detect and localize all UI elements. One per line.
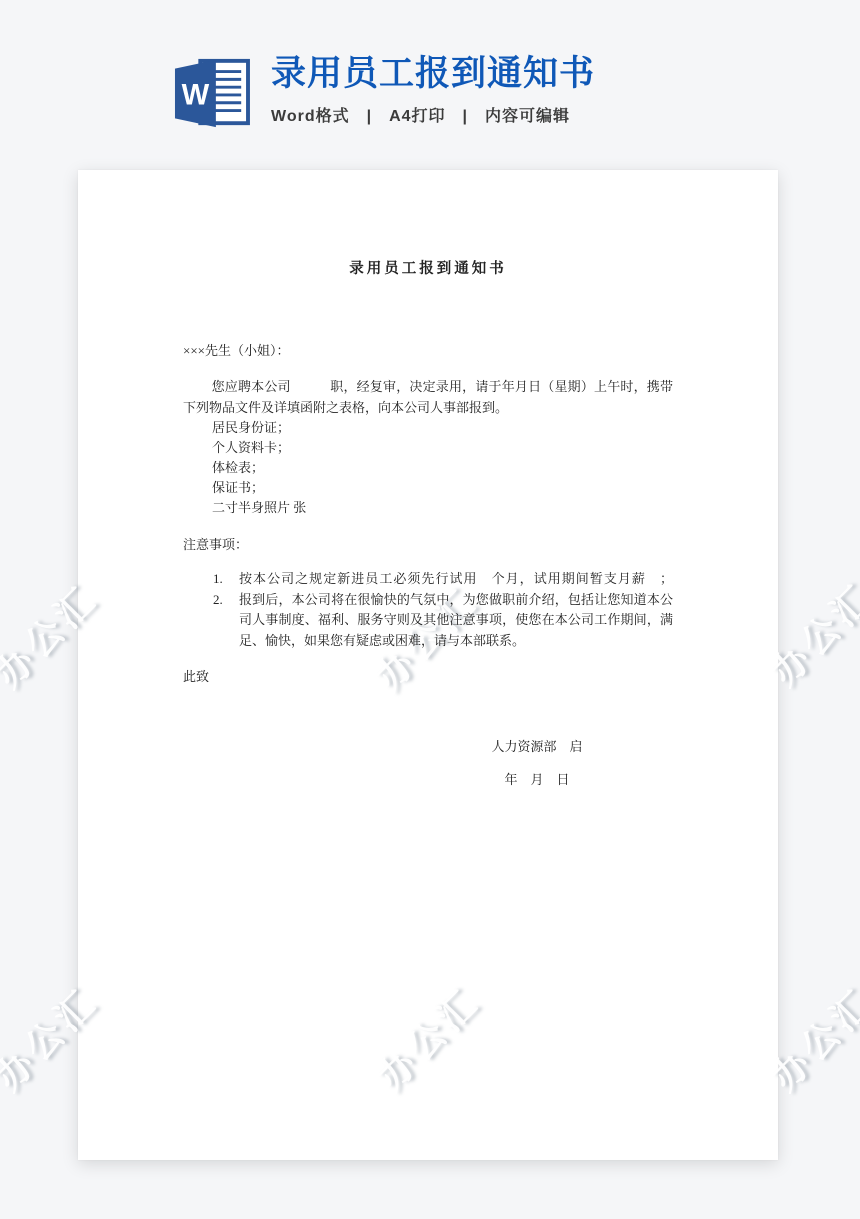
checklist: 居民身份证； 个人资料卡； 体检表； 保证书； 二寸半身照片 张 xyxy=(183,418,673,518)
signature-block: 人力资源部 启 年 月 日 xyxy=(401,737,673,790)
template-meta: Word格式 | A4打印 | 内容可编辑 xyxy=(271,103,595,126)
note-item: 2. 报到后，本公司将在很愉快的气氛中，为您做职前介绍，包括让您知道本公司人事制… xyxy=(183,590,673,652)
note-item: 1. 按本公司之规定新进员工必须先行试用 个月，试用期间暂支月薪 ； xyxy=(183,569,673,590)
note-number: 1. xyxy=(213,569,239,590)
template-header-text: 录用员工报到通知书 Word格式 | A4打印 | 内容可编辑 xyxy=(271,54,595,126)
template-title: 录用员工报到通知书 xyxy=(271,54,595,94)
checklist-item: 居民身份证； xyxy=(183,418,673,438)
template-header: W 录用员工报到通知书 Word格式 | A4打印 | 内容可编辑 xyxy=(168,54,595,135)
checklist-item: 体检表； xyxy=(183,458,673,478)
document-title: 录用员工报到通知书 xyxy=(183,261,673,277)
note-text: 按本公司之规定新进员工必须先行试用 个月，试用期间暂支月薪 ； xyxy=(239,569,673,590)
document-content: 录用员工报到通知书 ×××先生（小姐）： 您应聘本公司 职，经复审，决定录用，请… xyxy=(78,170,778,790)
checklist-item: 个人资料卡； xyxy=(183,438,673,458)
date-line: 年 月 日 xyxy=(401,770,673,790)
word-logo-icon: W xyxy=(168,56,254,135)
note-text: 报到后，本公司将在很愉快的气氛中，为您做职前介绍，包括让您知道本公司人事制度、福… xyxy=(239,590,673,652)
checklist-item: 保证书； xyxy=(183,478,673,498)
note-number: 2. xyxy=(213,590,239,652)
checklist-item: 二寸半身照片 张 xyxy=(183,498,673,518)
closing-line: 此致 xyxy=(183,667,673,687)
notes-list: 1. 按本公司之规定新进员工必须先行试用 个月，试用期间暂支月薪 ； 2. 报到… xyxy=(183,569,673,651)
notes-heading: 注意事项： xyxy=(183,535,673,555)
svg-text:W: W xyxy=(182,80,210,112)
signature-line: 人力资源部 启 xyxy=(401,737,673,757)
document-page: 录用员工报到通知书 ×××先生（小姐）： 您应聘本公司 职，经复审，决定录用，请… xyxy=(78,170,778,1160)
intro-paragraph: 您应聘本公司 职，经复审，决定录用，请于年月日（星期）上午时，携带下列物品文件及… xyxy=(183,376,673,418)
greeting-line: ×××先生（小姐）： xyxy=(183,341,673,361)
